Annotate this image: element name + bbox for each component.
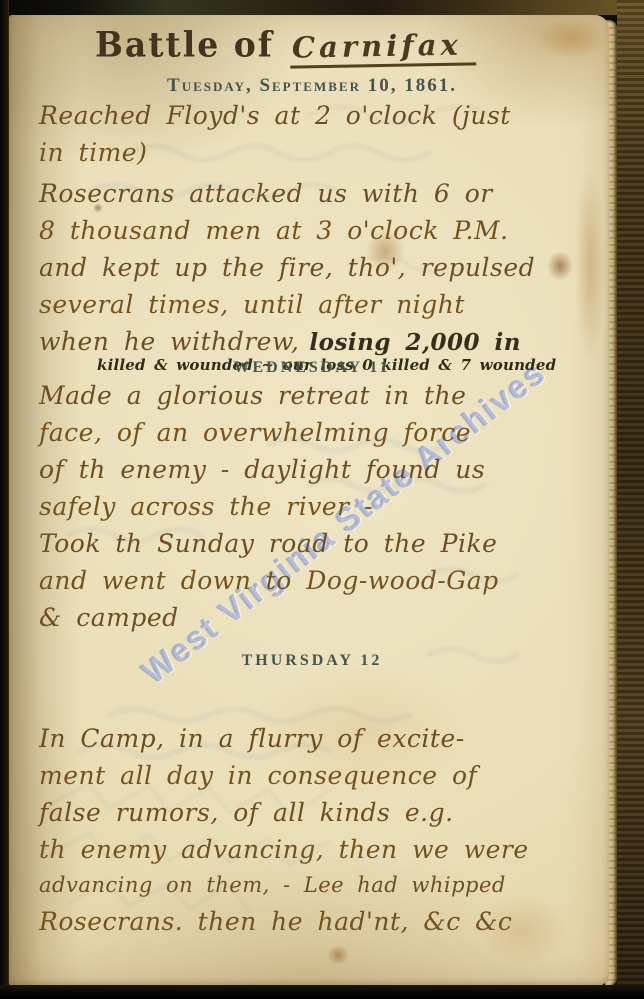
paper-stain xyxy=(327,945,349,965)
book-frame: West Virginia State Archives Battle of C… xyxy=(0,0,644,999)
diary-line: Rosecrans. then he had'nt, &c &c xyxy=(39,903,585,940)
diary-line: false rumors, of all kinds e.g. xyxy=(39,794,585,831)
diary-line: Took th Sunday road to the Pike xyxy=(39,525,585,562)
diary-line: th enemy advancing, then we were xyxy=(39,831,585,868)
battle-name-underlined: Carnifax xyxy=(290,27,476,68)
diary-line: Reached Floyd's at 2 o'clock (just xyxy=(39,97,585,134)
diary-line: and went down to Dog-wood-Gap xyxy=(39,562,585,599)
book-cover-right-edge xyxy=(617,0,644,999)
diary-line: ment all day in consequence of xyxy=(39,757,585,794)
entry-wednesday: WEDNESDAY 11 Made a glorious retreat in … xyxy=(39,359,585,636)
diary-title: Battle of Carnifax xyxy=(95,25,585,79)
book-cover-left-edge xyxy=(0,0,9,999)
diary-line: and kept up the fire, tho', repulsed xyxy=(39,249,585,286)
diary-line: several times, until after night xyxy=(39,286,585,323)
book-cover-bottom-edge xyxy=(0,985,644,999)
diary-line: & camped xyxy=(39,599,585,636)
diary-line-text: when he withdrew, xyxy=(39,327,299,356)
date-header-tuesday: Tuesday, September 10, 1861. xyxy=(39,75,585,97)
page-content: Battle of Carnifax Tuesday, September 10… xyxy=(39,21,585,940)
entry-thursday: THURSDAY 12 In Camp, in a flurry of exci… xyxy=(39,652,585,940)
diary-line: Rosecrans attacked us with 6 or xyxy=(39,175,585,212)
diary-line: advancing on them, - Lee had whipped xyxy=(39,868,585,903)
date-header-thursday: THURSDAY 12 xyxy=(39,652,585,670)
diary-line: 8 thousand men at 3 o'clock P.M. xyxy=(39,212,585,249)
entry-tuesday: Tuesday, September 10, 1861. Reached Flo… xyxy=(39,75,585,373)
diary-line: Made a glorious retreat in the xyxy=(39,377,585,414)
book-spine-top-edge xyxy=(0,0,644,15)
diary-line: face, of an overwhelming force xyxy=(39,414,585,451)
diary-line: of th enemy - daylight found us xyxy=(39,451,585,488)
diary-line: in time) xyxy=(39,134,585,171)
title-script: Battle of xyxy=(95,24,274,65)
diary-line: In Camp, in a flurry of excite- xyxy=(39,720,585,757)
diary-line: safely across the river - xyxy=(39,488,585,525)
diary-page: West Virginia State Archives Battle of C… xyxy=(9,15,609,986)
casualty-figure-dark-ink: losing 2,000 in xyxy=(309,329,521,356)
